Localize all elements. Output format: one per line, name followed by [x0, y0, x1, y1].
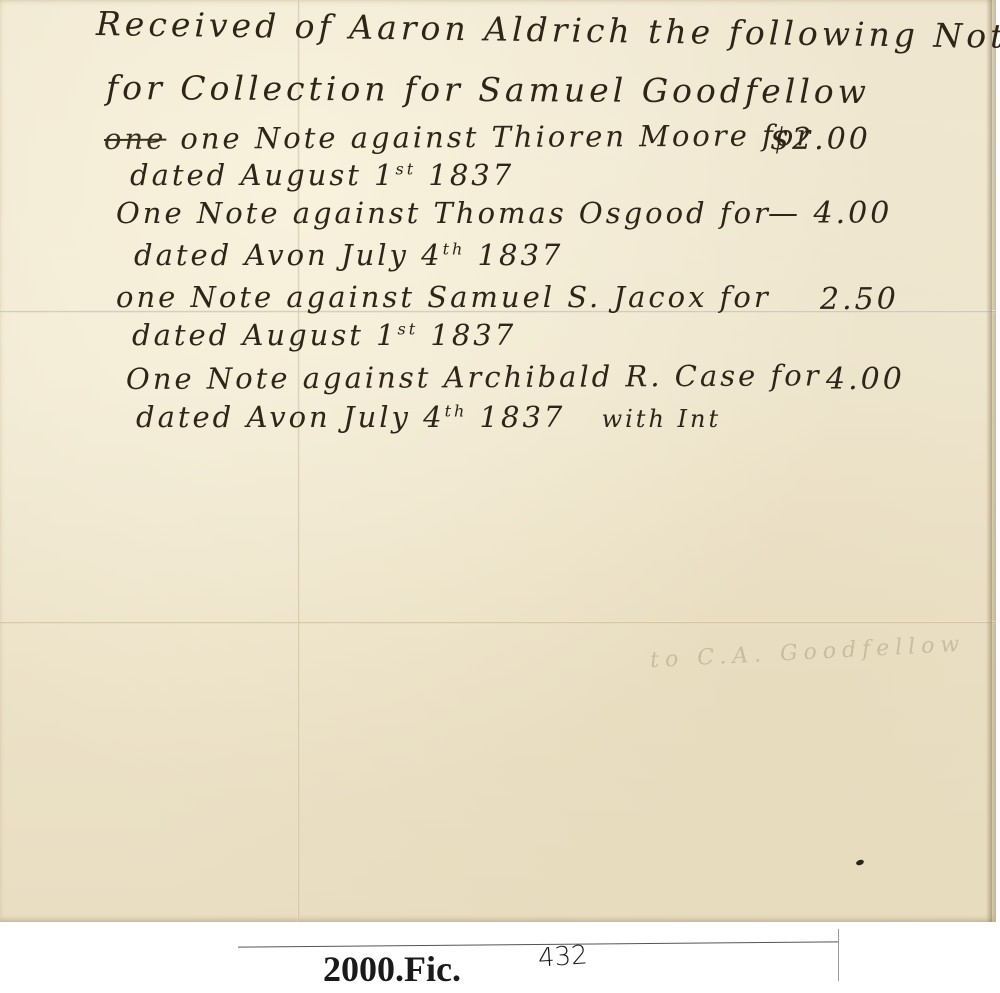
- note-3-date-year: 1837: [430, 318, 516, 352]
- note-1-date-prefix: dated August 1: [130, 158, 396, 192]
- note-1-date-year: 1837: [428, 158, 514, 192]
- note-3-line: one Note against Samuel S. Jacox for: [116, 280, 771, 314]
- heading-line-1: Received of Aaron Aldrich the following …: [96, 4, 1000, 56]
- manuscript-paper: Received of Aaron Aldrich the following …: [0, 0, 996, 922]
- note-1-date: dated August 1st 1837: [130, 158, 514, 192]
- note-4-date-sup: th: [445, 401, 468, 420]
- accession-number: 2000.Fic.: [323, 948, 461, 990]
- note-4-date-prefix: dated Avon July 4: [136, 400, 445, 434]
- struck-word: one: [104, 122, 166, 156]
- note-4-date: dated Avon July 4th 1837 with Int: [136, 400, 721, 434]
- accession-label-area: [0, 922, 1000, 993]
- note-2-date-sup: th: [443, 239, 466, 258]
- note-2-date-prefix: dated Avon July 4: [134, 238, 443, 272]
- note-3-date: dated August 1st 1837: [132, 318, 516, 352]
- note-1-amount: $2.00: [770, 122, 871, 157]
- note-1-date-sup: st: [396, 159, 417, 178]
- fold-line-horizontal-lower: [0, 621, 996, 624]
- paper-edge-shadow: [986, 0, 992, 922]
- note-2-date: dated Avon July 4th 1837: [134, 238, 563, 272]
- note-4-line: One Note against Archibald R. Case for: [126, 358, 822, 396]
- note-3-amount: 2.50: [820, 282, 899, 317]
- heading-line-2: for Collection for Samuel Goodfellow: [106, 68, 870, 111]
- note-2-line: One Note against Thomas Osgood for: [116, 196, 771, 230]
- note-4-date-suffix: with Int: [602, 405, 722, 433]
- note-4-amount: 4.00: [826, 362, 905, 397]
- bleed-through-text: to C.A. Goodfellow: [650, 632, 966, 673]
- note-1-line: oneone Note against Thioren Moore for: [104, 118, 813, 156]
- note-1-text: one Note against Thioren Moore for: [180, 118, 813, 155]
- note-3-date-sup: st: [398, 319, 419, 338]
- note-4-date-year: 1837: [480, 400, 566, 434]
- note-3-date-prefix: dated August 1: [132, 318, 398, 352]
- note-2-date-year: 1837: [478, 238, 564, 272]
- catalog-number: 432: [537, 940, 589, 973]
- label-border: [838, 929, 839, 981]
- ink-blot: [855, 859, 864, 866]
- note-2-amount: — 4.00: [768, 196, 892, 231]
